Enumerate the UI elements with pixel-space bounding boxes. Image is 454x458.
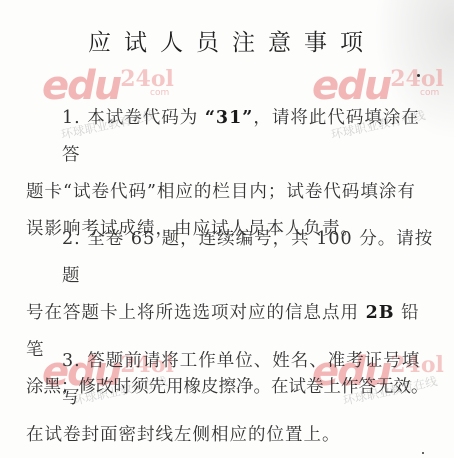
item-text: 答题前请将工作单位、姓名、准考证号填写 bbox=[62, 351, 420, 408]
notice-item-3: 3. 答题前请将工作单位、姓名、准考证号填写 在试卷封面密封线左侧相应的位置上。 bbox=[26, 343, 436, 454]
watermark-domain: com bbox=[420, 88, 439, 98]
scan-speck bbox=[417, 74, 420, 77]
item-text: 题卡“试卷代码”相应的栏目内； bbox=[26, 182, 286, 202]
item-number: 3. bbox=[62, 351, 81, 371]
item-3-line-1: 3. 答题前请将工作单位、姓名、准考证号填写 bbox=[26, 343, 436, 417]
item-text: 本试卷代码为 bbox=[87, 108, 198, 128]
item-text: 号在 bbox=[26, 303, 63, 323]
item-3-line-2: 在试卷封面密封线左侧相应的位置上。 bbox=[26, 417, 436, 454]
item-text: 全卷 65 题，连续编号，共 100 分。请按题 bbox=[62, 229, 433, 286]
page-title: 应试人员注意事项 bbox=[0, 24, 454, 57]
watermark-domain: com bbox=[150, 88, 169, 98]
item-text: 上将所选选项对应的信息点用 bbox=[119, 303, 360, 323]
item-number: 1. bbox=[62, 108, 81, 128]
item-emphasis: 试卷代码填涂有 bbox=[286, 182, 416, 202]
item-1-line-2: 题卡“试卷代码”相应的栏目内；试卷代码填涂有 bbox=[26, 174, 436, 211]
paper-code: “31” bbox=[205, 108, 254, 128]
watermark-number: 24ol bbox=[390, 66, 444, 92]
watermark-number: 24ol bbox=[120, 66, 174, 92]
item-1-line-1: 1. 本试卷代码为 “31”，请将此代码填涂在答 bbox=[26, 100, 436, 174]
item-emphasis: 答题卡 bbox=[63, 303, 119, 323]
item-number: 2. bbox=[62, 229, 81, 249]
item-2-line-1: 2. 全卷 65 题，连续编号，共 100 分。请按题 bbox=[26, 221, 436, 295]
scan-speck bbox=[422, 452, 424, 454]
pencil-type: 2B bbox=[366, 303, 395, 323]
